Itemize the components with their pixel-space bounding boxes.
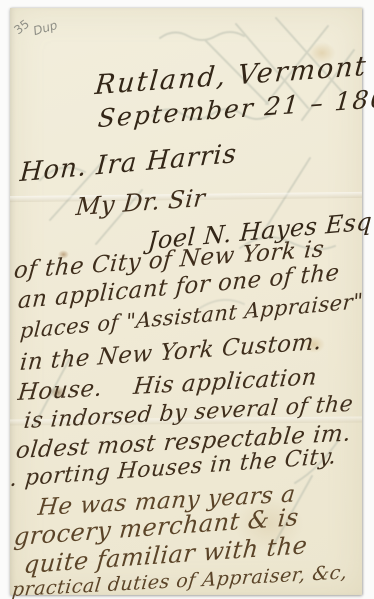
letter-paper: 35 Dup Rutland, Vermont September 21 – 1…	[10, 8, 362, 595]
letter-photo: 35 Dup Rutland, Vermont September 21 – 1…	[0, 0, 374, 599]
